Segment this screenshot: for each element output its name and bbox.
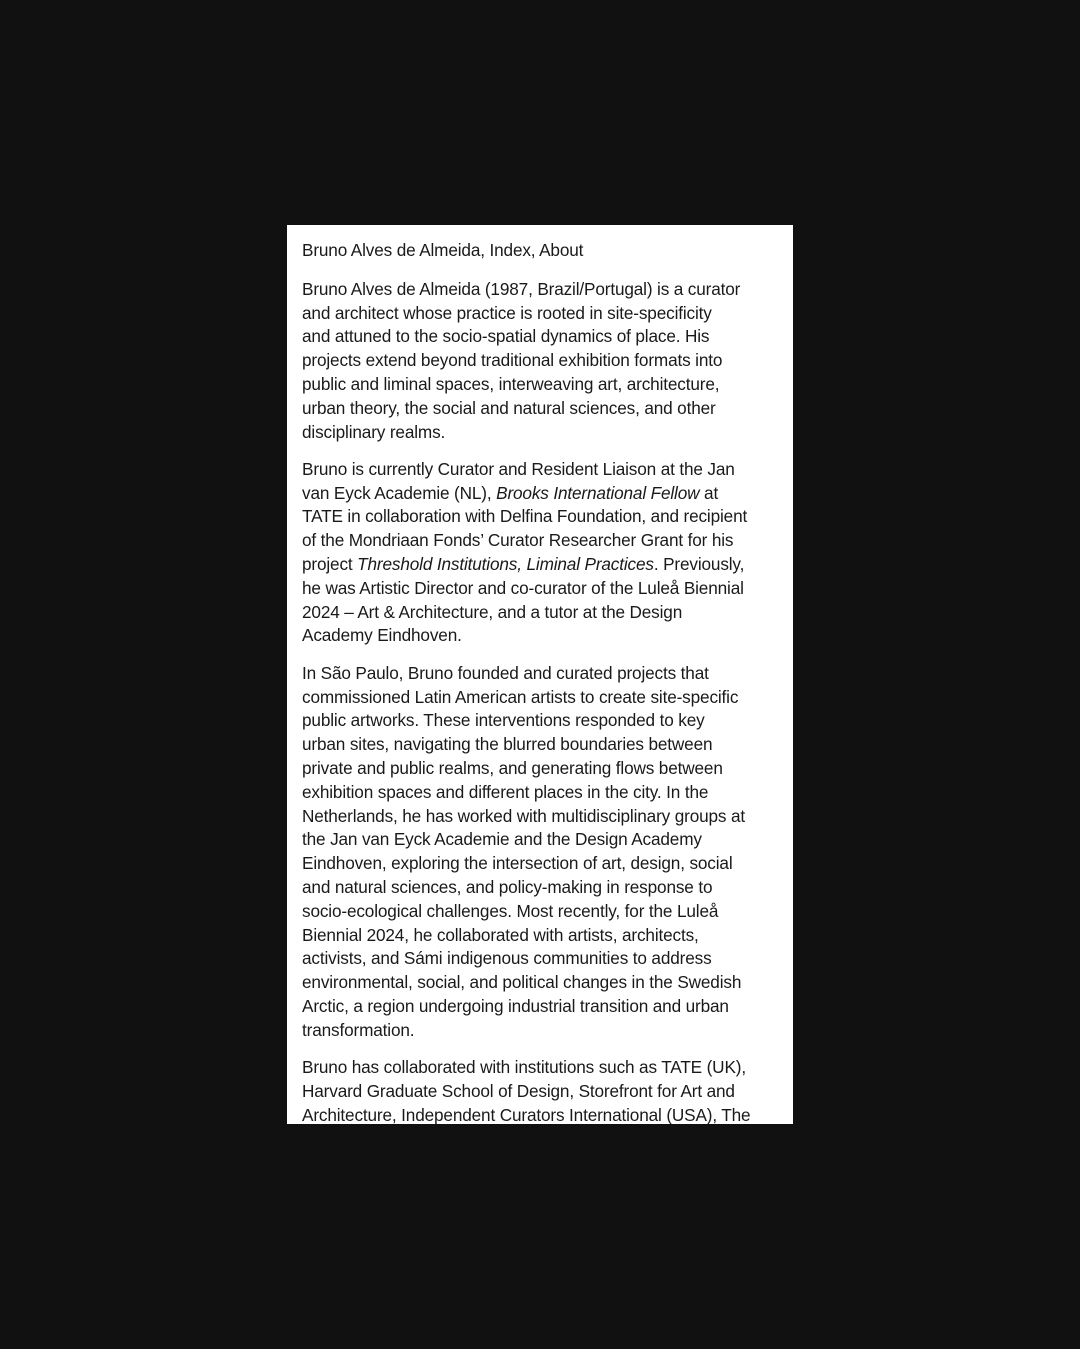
site-name-link[interactable]: Bruno Alves de Almeida (302, 240, 480, 260)
text-line: activists, and Sámi indigenous communiti… (302, 947, 781, 971)
fellowship-title: Brooks International Fellow (496, 483, 699, 503)
text-segment: . Previously, (654, 554, 744, 574)
text-line: Bruno Alves de Almeida (1987, Brazil/Por… (302, 278, 781, 302)
bio-paragraph-2: Bruno is currently Curator and Resident … (302, 458, 781, 648)
text-line: public artworks. These interventions res… (302, 709, 781, 733)
text-line: commissioned Latin American artists to c… (302, 686, 781, 710)
text-line: the Jan van Eyck Academie and the Design… (302, 828, 781, 852)
bio-paragraph-1: Bruno Alves de Almeida (1987, Brazil/Por… (302, 278, 781, 445)
text-segment: van Eyck Academie (NL), (302, 483, 496, 503)
text-line: private and public realms, and generatin… (302, 757, 781, 781)
text-line: projects extend beyond traditional exhib… (302, 349, 781, 373)
text-line: he was Artistic Director and co-curator … (302, 577, 781, 601)
text-line: and architect whose practice is rooted i… (302, 302, 781, 326)
text-line: Bruno is currently Curator and Resident … (302, 458, 781, 482)
text-line: socio-ecological challenges. Most recent… (302, 900, 781, 924)
text-segment: project (302, 554, 357, 574)
text-segment: at (699, 483, 718, 503)
about-page-panel: Bruno Alves de Almeida, Index, About Bru… (287, 225, 793, 1124)
text-line: 2024 – Art & Architecture, and a tutor a… (302, 601, 781, 625)
text-line: Netherlands, he has worked with multidis… (302, 805, 781, 829)
text-line: and natural sciences, and policy-making … (302, 876, 781, 900)
text-line: Harvard Graduate School of Design, Store… (302, 1080, 781, 1104)
header-separator: , (531, 240, 539, 260)
index-link[interactable]: Index (490, 240, 531, 260)
project-title: Threshold Institutions, Liminal Practice… (357, 554, 654, 574)
text-line: Architecture, Independent Curators Inter… (302, 1104, 781, 1124)
text-line: In São Paulo, Bruno founded and curated … (302, 662, 781, 686)
text-line: transformation. (302, 1019, 781, 1043)
text-line: urban sites, navigating the blurred boun… (302, 733, 781, 757)
text-line: urban theory, the social and natural sci… (302, 397, 781, 421)
text-line: Biennial 2024, he collaborated with arti… (302, 924, 781, 948)
text-line: public and liminal spaces, interweaving … (302, 373, 781, 397)
header-separator: , (480, 240, 489, 260)
text-line: environmental, social, and political cha… (302, 971, 781, 995)
text-line: TATE in collaboration with Delfina Found… (302, 505, 781, 529)
text-line: disciplinary realms. (302, 421, 781, 445)
text-line: and attuned to the socio-spatial dynamic… (302, 325, 781, 349)
about-link[interactable]: About (539, 240, 583, 260)
bio-paragraph-3: In São Paulo, Bruno founded and curated … (302, 662, 781, 1043)
text-line: of the Mondriaan Fonds’ Curator Research… (302, 529, 781, 553)
site-header: Bruno Alves de Almeida, Index, About (302, 239, 781, 263)
text-line: Arctic, a region undergoing industrial t… (302, 995, 781, 1019)
text-line: van Eyck Academie (NL), Brooks Internati… (302, 482, 781, 506)
text-line: project Threshold Institutions, Liminal … (302, 553, 781, 577)
text-line: Bruno has collaborated with institutions… (302, 1056, 781, 1080)
text-line: Eindhoven, exploring the intersection of… (302, 852, 781, 876)
text-line: Academy Eindhoven. (302, 624, 781, 648)
text-line: exhibition spaces and different places i… (302, 781, 781, 805)
bio-paragraph-4: Bruno has collaborated with institutions… (302, 1056, 781, 1124)
